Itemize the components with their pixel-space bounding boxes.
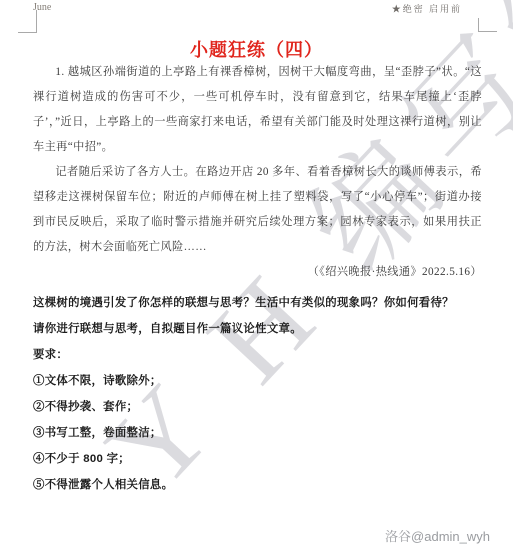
task-instruction: 请你进行联想与思考，自拟题目作一篇议论性文章。 [33,316,482,342]
requirement-item: ④不少于 800 字； [33,446,482,472]
document-body: 1. 越城区孙端街道的上亭路上有裸香樟树，因树干大幅度弯曲，呈“歪脖子”状。“这… [33,60,482,498]
requirement-item: ⑤不得泄露个人相关信息。 [33,472,482,498]
site-credit: 洛谷@admin_wyh [385,526,490,545]
requirement-item: ③书写工整，卷面整洁； [33,420,482,446]
requirement-item: ②不得抄袭、套作； [33,394,482,420]
paragraph-news-1: 1. 越城区孙端街道的上亭路上有裸香樟树，因树干大幅度弯曲，呈“歪脖子”状。“这… [33,60,482,160]
page-title: 小题狂练（四） [0,36,513,62]
crop-mark-right [478,18,497,32]
paragraph-news-2: 记者随后采访了各方人士。在路边开店 20 多年、看着香樟树长大的谈师傅表示，希望… [33,160,482,260]
header-classification: ★绝密 启用前 [392,2,462,15]
task-question: 这棵树的境遇引发了你怎样的联想与思考？生活中有类似的现象吗？你如何看待？ [33,290,482,316]
requirements-label: 要求： [33,342,482,368]
requirement-item: ①文体不限，诗歌除外； [33,368,482,394]
crop-mark-left [18,10,37,33]
essay-task: 这棵树的境遇引发了你怎样的联想与思考？生活中有类似的现象吗？你如何看待？ 请你进… [33,290,482,498]
document-page: Y H 编写组 June ★绝密 启用前 小题狂练（四） 1. 越城区孙端街道的… [0,0,513,559]
citation-line: （《绍兴晚报·热线通》2022.5.16） [33,260,482,285]
